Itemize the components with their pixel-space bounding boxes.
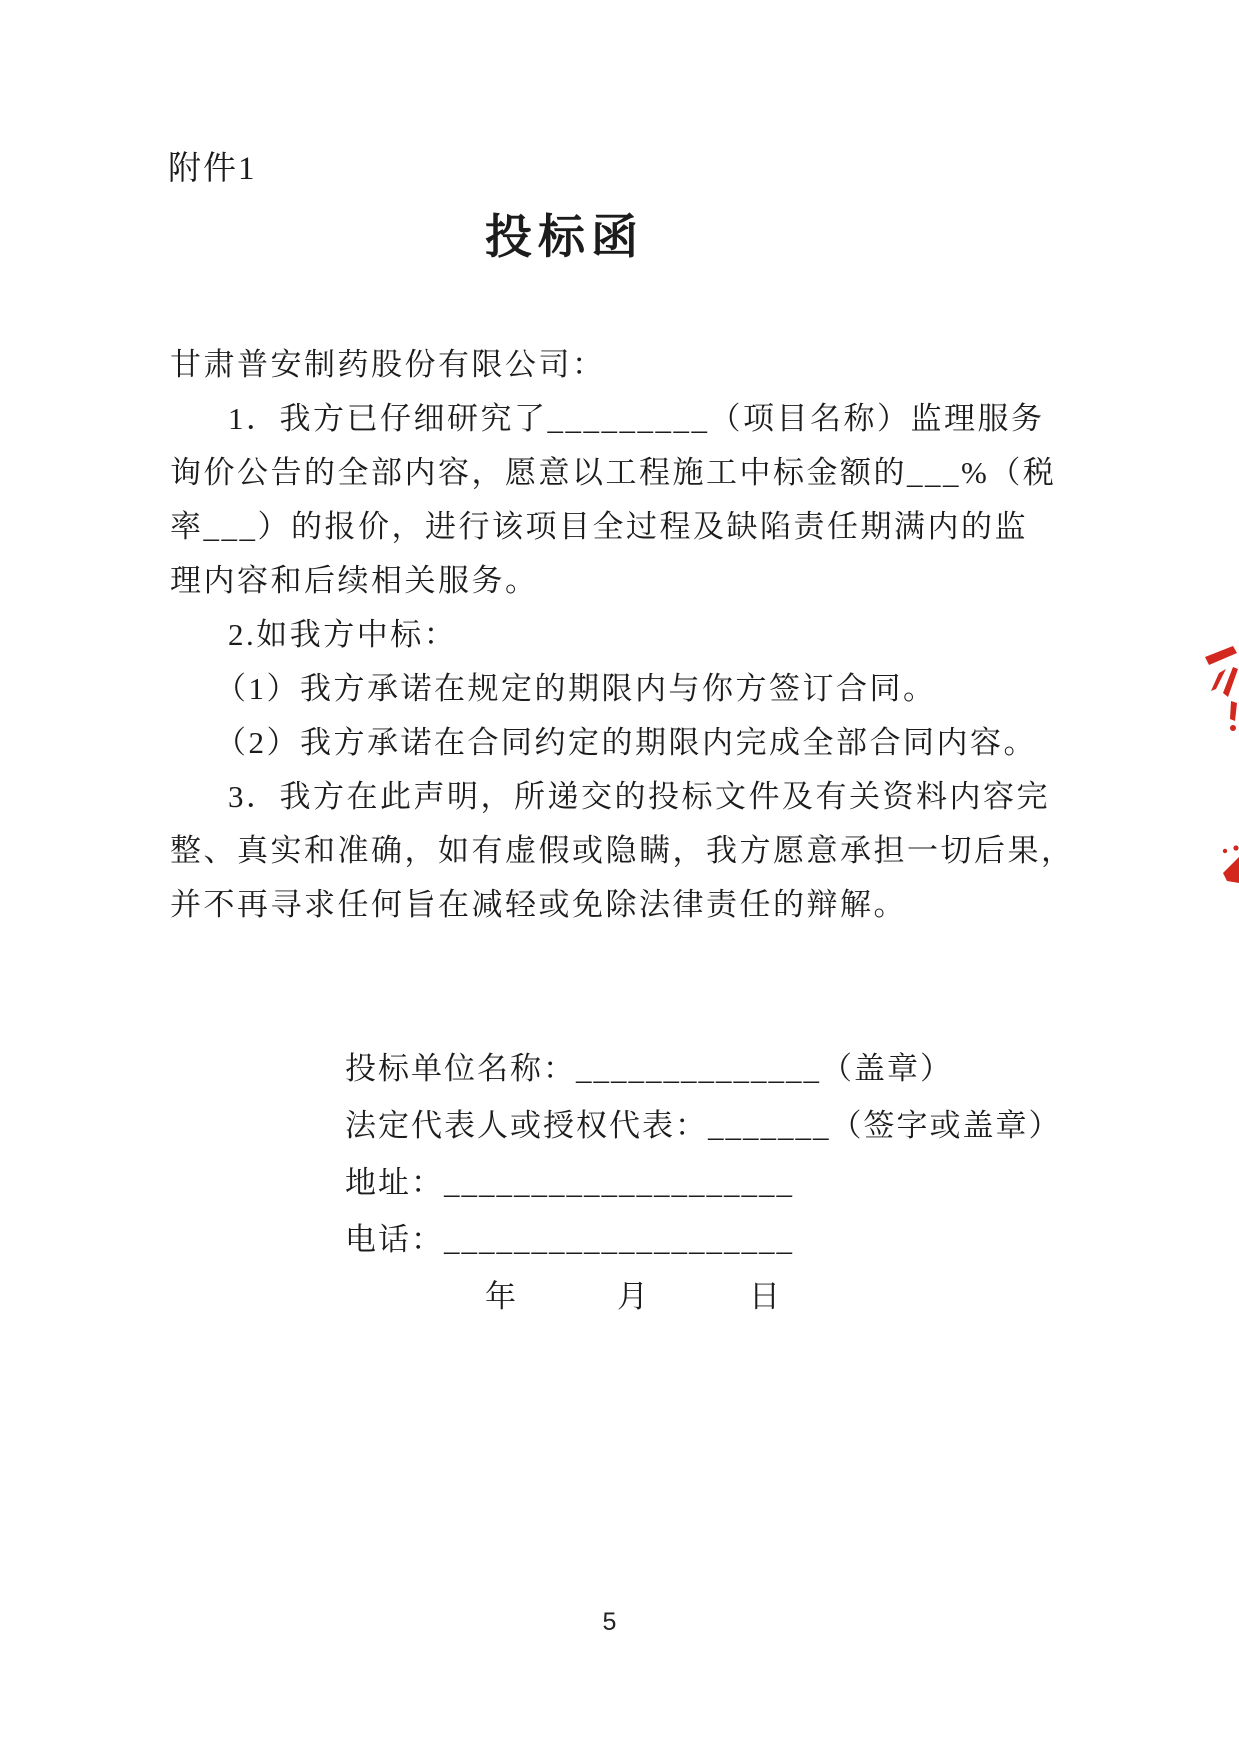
red-seal-fragment-icon bbox=[1203, 643, 1239, 893]
body-line: 理内容和后续相关服务。 bbox=[170, 554, 1184, 608]
body-line-item3: 3．我方在此声明，所递交的投标文件及有关资料内容完 bbox=[170, 770, 1184, 824]
attachment-label: 附件1 bbox=[168, 142, 257, 189]
body-line-sub2: （2）我方承诺在合同约定的期限内完成全部合同内容。 bbox=[170, 716, 1184, 770]
body-line-salutation: 甘肃普安制药股份有限公司： bbox=[170, 338, 1184, 392]
body-line-item1: 1．我方已仔细研究了_________（项目名称）监理服务 bbox=[170, 392, 1184, 446]
body-line-sub1: （1）我方承诺在规定的期限内与你方签订合同。 bbox=[170, 662, 1184, 716]
signature-block: 投标单位名称：______________（盖章） 法定代表人或授权代表：___… bbox=[345, 1040, 1062, 1325]
body-line: 整、真实和准确，如有虚假或隐瞒，我方愿意承担一切后果， bbox=[170, 824, 1184, 878]
document-page: 附件1 投标函 甘肃普安制药股份有限公司： 1．我方已仔细研究了________… bbox=[0, 0, 1239, 1752]
body-line: 询价公告的全部内容，愿意以工程施工中标金额的___%（税 bbox=[170, 446, 1184, 500]
body-line: 并不再寻求任何旨在减轻或免除法律责任的辩解。 bbox=[170, 878, 1184, 932]
signature-line-company-name: 投标单位名称：______________（盖章） bbox=[345, 1040, 1062, 1097]
page-title: 投标函 bbox=[0, 200, 1129, 267]
body-line: 率___）的报价，进行该项目全过程及缺陷责任期满内的监 bbox=[170, 500, 1184, 554]
signature-date-line: 年 月 日 bbox=[345, 1268, 1062, 1325]
signature-line-phone: 电话：____________________ bbox=[345, 1211, 1062, 1268]
signature-line-representative: 法定代表人或授权代表：_______（签字或盖章） bbox=[345, 1097, 1062, 1154]
body-line-item2: 2.如我方中标： bbox=[170, 608, 1184, 662]
page-number: 5 bbox=[0, 1608, 1219, 1637]
signature-line-address: 地址：____________________ bbox=[345, 1154, 1062, 1211]
document-body: 甘肃普安制药股份有限公司： 1．我方已仔细研究了_________（项目名称）监… bbox=[170, 338, 1184, 932]
